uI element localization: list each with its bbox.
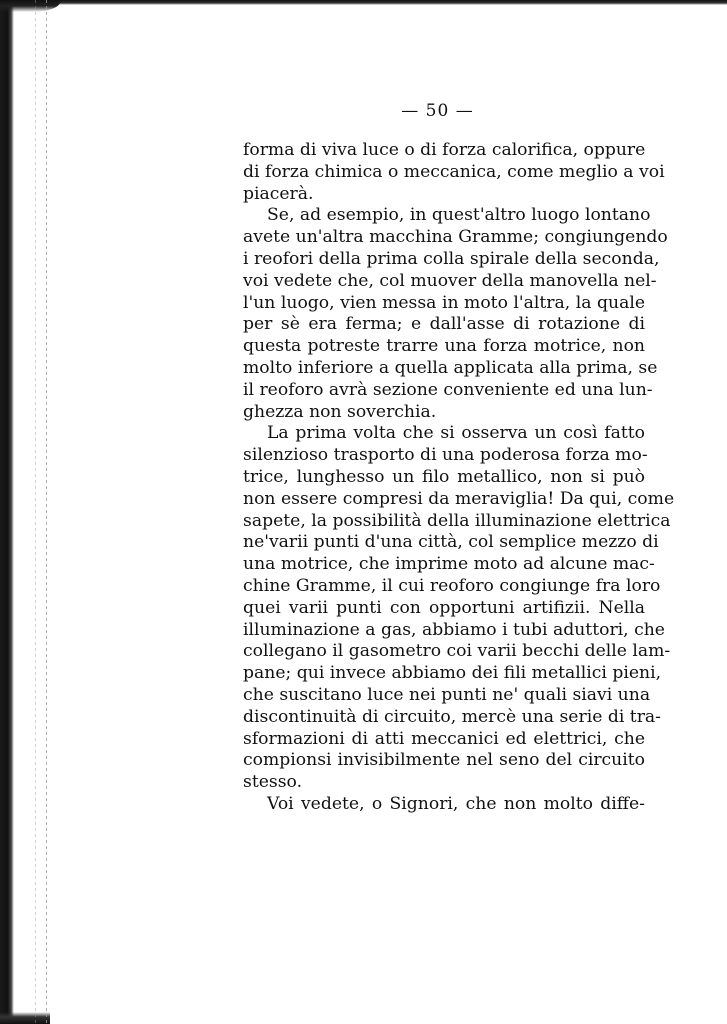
page-number: — 50 — bbox=[0, 101, 727, 121]
text-line: chine Gramme, il cui reoforo congiunge f… bbox=[243, 576, 645, 598]
text-line: molto inferiore a quella applicata alla … bbox=[243, 358, 645, 380]
text-line: Voi vedete, o Signori, che non molto dif… bbox=[243, 794, 645, 816]
text-line: che suscitano luce nei punti ne' quali s… bbox=[243, 685, 645, 707]
body-text: forma di viva luce o di forza calorifica… bbox=[243, 140, 645, 816]
text-line: di forza chimica o meccanica, come megli… bbox=[243, 162, 645, 184]
text-line: ne'varii punti d'una città, col semplice… bbox=[243, 532, 645, 554]
text-line: questa potreste trarre una forza motrice… bbox=[243, 336, 645, 358]
text-line: pane; qui invece abbiamo dei fili metall… bbox=[243, 663, 645, 685]
text-line: non essere compresi da meraviglia! Da qu… bbox=[243, 489, 645, 511]
text-line: quei varii punti con opportuni artifizii… bbox=[243, 598, 645, 620]
text-line: una motrice, che imprime moto ad alcune … bbox=[243, 554, 645, 576]
text-line: voi vedete che, col muover della manovel… bbox=[243, 271, 645, 293]
text-line: collegano il gasometro coi varii becchi … bbox=[243, 641, 645, 663]
text-line: forma di viva luce o di forza calorifica… bbox=[243, 140, 645, 162]
text-line: ghezza non soverchia. bbox=[243, 402, 645, 424]
text-line: silenzioso trasporto di una poderosa for… bbox=[243, 445, 645, 467]
book-binding-edge bbox=[0, 0, 14, 1024]
text-line: stesso. bbox=[243, 772, 645, 794]
margin-scan-artifact bbox=[46, 0, 47, 1024]
text-line: avete un'altra macchina Gramme; congiung… bbox=[243, 227, 645, 249]
page-bottom-edge bbox=[0, 1012, 50, 1024]
page-corner-curl bbox=[0, 0, 60, 12]
scanned-book-page: — 50 — forma di viva luce o di forza cal… bbox=[0, 0, 727, 1024]
text-line: discontinuità di circuito, mercè una ser… bbox=[243, 707, 645, 729]
text-line: La prima volta che si osserva un così fa… bbox=[243, 423, 645, 445]
text-line: per sè era ferma; e dall'asse di rotazio… bbox=[243, 314, 645, 336]
text-line: compionsi invisibilmente nel seno del ci… bbox=[243, 750, 645, 772]
text-line: i reofori della prima colla spirale dell… bbox=[243, 249, 645, 271]
text-line: trice, lunghesso un filo metallico, non … bbox=[243, 467, 645, 489]
page-top-edge bbox=[0, 0, 727, 5]
text-line: sapete, la possibilità della illuminazio… bbox=[243, 511, 645, 533]
text-line: il reoforo avrà sezione conveniente ed u… bbox=[243, 380, 645, 402]
text-line: l'un luogo, vien messa in moto l'altra, … bbox=[243, 293, 645, 315]
margin-scan-artifact bbox=[35, 0, 36, 1024]
text-line: illuminazione a gas, abbiamo i tubi adut… bbox=[243, 620, 645, 642]
text-line: piacerà. bbox=[243, 184, 645, 206]
text-line: Se, ad esempio, in quest'altro luogo lon… bbox=[243, 205, 645, 227]
text-line: sformazioni di atti meccanici ed elettri… bbox=[243, 729, 645, 751]
